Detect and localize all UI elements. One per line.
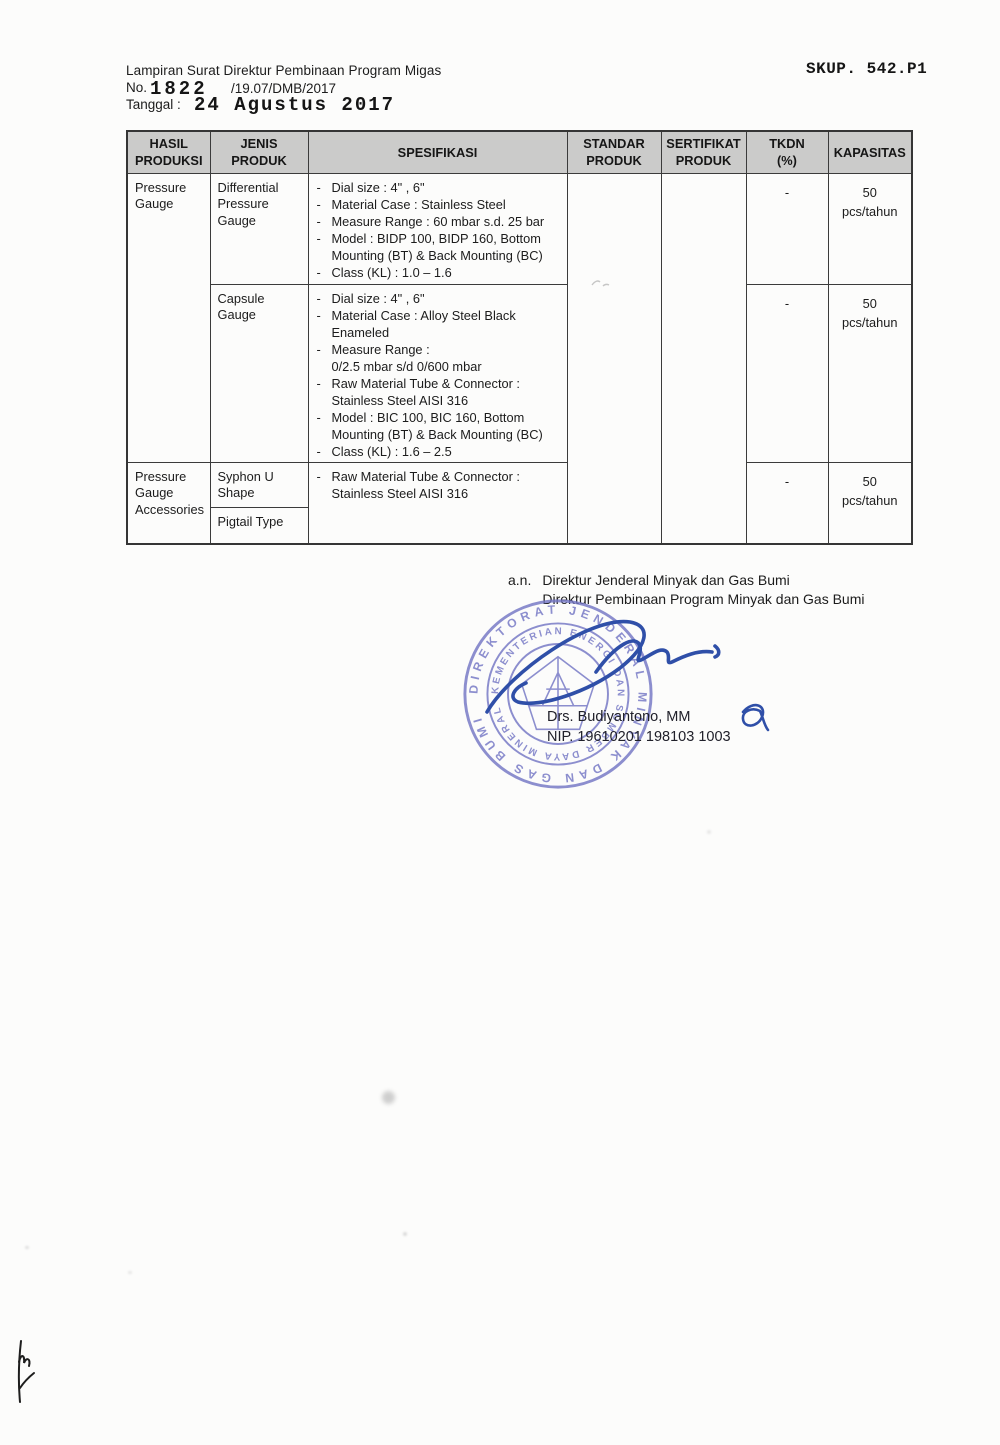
spec-bullet: -: [317, 230, 332, 264]
spec-item: -Model : BIDP 100, BIDP 160, Bottom Moun…: [317, 230, 561, 264]
spec-cell: -Dial size : 4" , 6" -Material Case : Al…: [308, 284, 567, 462]
spec-bullet: -: [317, 375, 332, 409]
scan-speck: [382, 1091, 395, 1104]
tanggal-value: 24 Agustus 2017: [194, 94, 395, 116]
col-header-tkdn: TKDN (%): [746, 131, 828, 173]
spec-text: Dial size : 4" , 6": [332, 290, 425, 307]
jenis-cell: Differential Pressure Gauge: [210, 173, 308, 284]
kapasitas-cell: 50 pcs/tahun: [828, 284, 912, 462]
spec-text: Raw Material Tube & Connector : Stainles…: [332, 375, 521, 409]
spec-text: Material Case : Alloy Steel Black Enamel…: [332, 307, 516, 341]
no-label: No.: [126, 80, 147, 95]
scan-speck: [707, 830, 711, 834]
tkdn-cell: -: [746, 284, 828, 462]
hasil-cell: Pressure Gauge Accessories: [127, 462, 210, 544]
jenis-cell: Capsule Gauge: [210, 284, 308, 462]
sertifikat-produk-cell: [661, 173, 746, 544]
tkdn-cell: -: [746, 173, 828, 284]
spec-bullet: -: [317, 307, 332, 341]
table-header-row: HASIL PRODUKSI JENIS PRODUK SPESIFIKASI …: [127, 131, 912, 173]
jenis-cell: Pigtail Type: [210, 507, 308, 544]
jenis-cell: Syphon U Shape: [210, 462, 308, 507]
spec-text: Model : BIC 100, BIC 160, Bottom Mountin…: [332, 409, 543, 443]
spec-item: -Measure Range : 60 mbar s.d. 25 bar: [317, 213, 561, 230]
scan-speck: [590, 276, 612, 290]
product-spec-table: HASIL PRODUKSI JENIS PRODUK SPESIFIKASI …: [126, 130, 913, 545]
signatory-name: Drs. Budiyantono, MM: [547, 709, 690, 725]
hasil-cell: Pressure Gauge: [127, 173, 210, 462]
spec-bullet: -: [317, 264, 332, 281]
spec-cell: -Dial size : 4" , 6" -Material Case : St…: [308, 173, 567, 284]
col-header-kapasitas: KAPASITAS: [828, 131, 912, 173]
signature-flourish: [735, 700, 771, 734]
spec-text: Measure Range : 0/2.5 mbar s/d 0/600 mba…: [332, 341, 482, 375]
spec-text: Measure Range : 60 mbar s.d. 25 bar: [332, 213, 545, 230]
spec-bullet: -: [317, 341, 332, 375]
spec-bullet: -: [317, 443, 332, 460]
col-header-standar-produk: STANDAR PRODUK: [567, 131, 661, 173]
skup-reference: SKUP. 542.P1: [806, 60, 927, 78]
spec-item: -Model : BIC 100, BIC 160, Bottom Mounti…: [317, 409, 561, 443]
kapasitas-cell: 50 pcs/tahun: [828, 462, 912, 544]
tanggal-label: Tanggal :: [126, 97, 181, 112]
tkdn-cell: -: [746, 462, 828, 544]
scan-speck: [25, 1246, 29, 1249]
table-row: Capsule Gauge -Dial size : 4" , 6" -Mate…: [127, 284, 912, 462]
spec-text: Raw Material Tube & Connector : Stainles…: [332, 468, 521, 502]
scanned-document-page: Lampiran Surat Direktur Pembinaan Progra…: [0, 0, 1000, 1445]
kapasitas-cell: 50 pcs/tahun: [828, 173, 912, 284]
col-header-spesifikasi: SPESIFIKASI: [308, 131, 567, 173]
col-header-sertifikat-produk: SERTIFIKAT PRODUK: [661, 131, 746, 173]
spec-item: -Class (KL) : 1.0 – 1.6: [317, 264, 561, 281]
signature-title-line-1: Direktur Jenderal Minyak dan Gas Bumi: [542, 571, 864, 590]
spec-item: -Material Case : Stainless Steel: [317, 196, 561, 213]
spec-bullet: -: [317, 196, 332, 213]
spec-text: Class (KL) : 1.0 – 1.6: [332, 264, 452, 281]
table-row: Pressure Gauge Accessories Syphon U Shap…: [127, 462, 912, 507]
pen-mark: [8, 1338, 48, 1410]
lampiran-line: Lampiran Surat Direktur Pembinaan Progra…: [126, 63, 441, 78]
standar-produk-cell: [567, 173, 661, 544]
spec-text: Class (KL) : 1.6 – 2.5: [332, 443, 452, 460]
table-row: Pressure Gauge Differential Pressure Gau…: [127, 173, 912, 284]
col-header-hasil-produksi: HASIL PRODUKSI: [127, 131, 210, 173]
col-header-jenis-produk: JENIS PRODUK: [210, 131, 308, 173]
spec-text: Material Case : Stainless Steel: [332, 196, 506, 213]
signatory-nip: NIP. 19610201 198103 1003: [547, 729, 731, 745]
spec-item: -Raw Material Tube & Connector : Stainle…: [317, 375, 561, 409]
spec-item: -Class (KL) : 1.6 – 2.5: [317, 443, 561, 460]
spec-bullet: -: [317, 409, 332, 443]
spec-item: -Material Case : Alloy Steel Black Ename…: [317, 307, 561, 341]
spec-bullet: -: [317, 213, 332, 230]
spec-item: -Measure Range : 0/2.5 mbar s/d 0/600 mb…: [317, 341, 561, 375]
spec-item: -Dial size : 4" , 6": [317, 290, 561, 307]
spec-bullet: -: [317, 290, 332, 307]
spec-item: -Dial size : 4" , 6": [317, 179, 561, 196]
spec-bullet: -: [317, 468, 332, 502]
scan-speck: [128, 1271, 132, 1274]
spec-text: Dial size : 4" , 6": [332, 179, 425, 196]
spec-text: Model : BIDP 100, BIDP 160, Bottom Mount…: [332, 230, 543, 264]
scan-speck: [403, 1232, 407, 1236]
spec-item: -Raw Material Tube & Connector : Stainle…: [317, 468, 561, 502]
spec-cell: -Raw Material Tube & Connector : Stainle…: [308, 462, 567, 544]
spec-bullet: -: [317, 179, 332, 196]
